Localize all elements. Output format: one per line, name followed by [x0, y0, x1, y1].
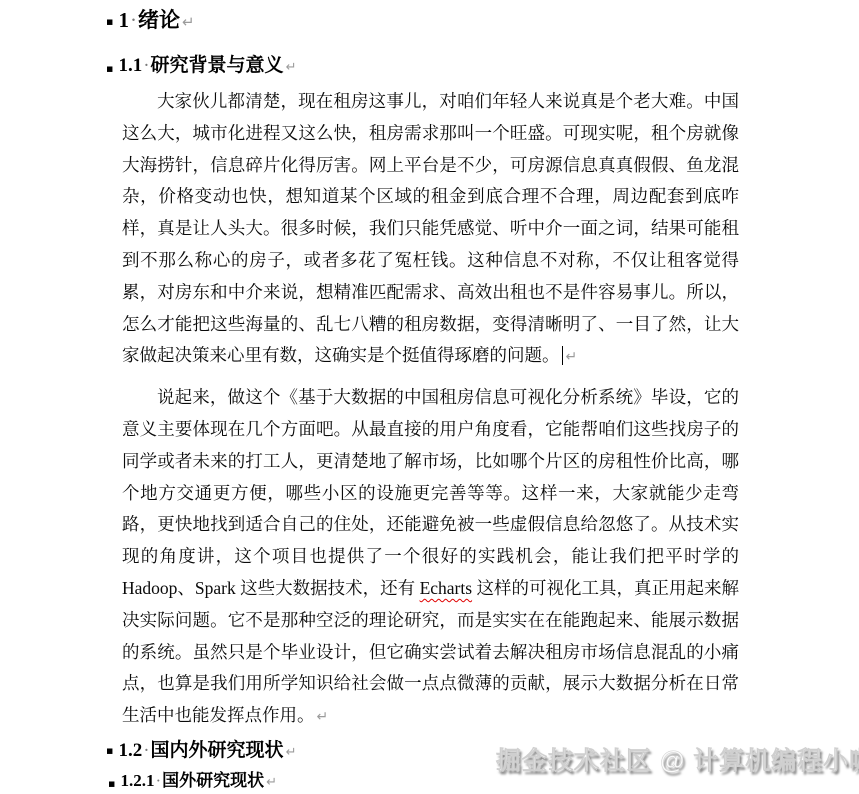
- paragraph-mark-icon: ↵: [317, 709, 329, 725]
- subsection-title: 国外研究现状: [162, 771, 264, 790]
- subsection-number: 1.2.1: [120, 771, 154, 790]
- tech-term-hadoop: Hadoop: [122, 578, 177, 598]
- section-number: 1.2: [118, 740, 142, 761]
- document-body: 大家伙儿都清楚，现在租房这事儿，对咱们年轻人来说真是个老大难。中国这么大，城市化…: [122, 86, 739, 734]
- paragraph-mark-icon: ↵: [286, 745, 297, 760]
- space-format-mark: ·: [142, 740, 150, 761]
- section-title: 研究背景与意义: [151, 55, 284, 76]
- tech-term-spark: Spark: [195, 578, 236, 598]
- paragraph-mark-icon: ↵: [182, 13, 195, 31]
- section-title: 国内外研究现状: [151, 740, 284, 761]
- paragraph-text: 说起来，做这个《基于大数据的中国租房信息可视化分析系统》毕设，它的意义主要体现在…: [122, 387, 739, 566]
- heading-style-marker-icon: ▪: [106, 15, 113, 28]
- body-paragraph[interactable]: 大家伙儿都清楚，现在租房这事儿，对咱们年轻人来说真是个老大难。中国这么大，城市化…: [122, 86, 739, 374]
- paragraph-mark-icon: ↵: [266, 775, 277, 790]
- subsection-heading-1-2-1[interactable]: ▪1.2.1·国外研究现状↵: [108, 766, 277, 791]
- heading-style-marker-icon: ▪: [108, 777, 115, 790]
- paragraph-mark-icon: ↵: [566, 349, 578, 365]
- body-paragraph[interactable]: 说起来，做这个《基于大数据的中国租房信息可视化分析系统》毕设，它的意义主要体现在…: [122, 382, 739, 734]
- space-format-mark: ·: [154, 771, 162, 790]
- section-number: 1.1: [118, 55, 142, 76]
- paragraph-mark-icon: ↵: [286, 60, 297, 75]
- text-cursor: [562, 346, 563, 365]
- space-format-mark: ·: [142, 55, 150, 76]
- paragraph-text: 这些大数据技术，还有: [236, 578, 420, 598]
- tech-term-echarts-spellcheck: Echarts: [420, 578, 472, 598]
- paragraph-text: 大家伙儿都清楚，现在租房这事儿，对咱们年轻人来说真是个老大难。中国这么大，城市化…: [122, 91, 739, 365]
- space-format-mark: ·: [129, 8, 138, 32]
- chapter-heading[interactable]: ▪1·绪论↵: [106, 4, 195, 34]
- heading-style-marker-icon: ▪: [106, 744, 113, 757]
- section-heading-1-2[interactable]: ▪1.2·国内外研究现状↵: [106, 735, 296, 762]
- chapter-number: 1: [118, 8, 129, 32]
- watermark-text: 掘金技术社区 @ 计算机编程小咖: [496, 741, 859, 777]
- section-heading-1-1[interactable]: ▪1.1·研究背景与意义↵: [106, 50, 296, 77]
- paragraph-text: 这样的可视化工具，真正用起来解决实际问题。它不是那种空泛的理论研究，而是实实在在…: [122, 578, 739, 725]
- heading-style-marker-icon: ▪: [106, 62, 113, 75]
- paragraph-text: 、: [177, 578, 195, 598]
- chapter-title: 绪论: [138, 8, 180, 32]
